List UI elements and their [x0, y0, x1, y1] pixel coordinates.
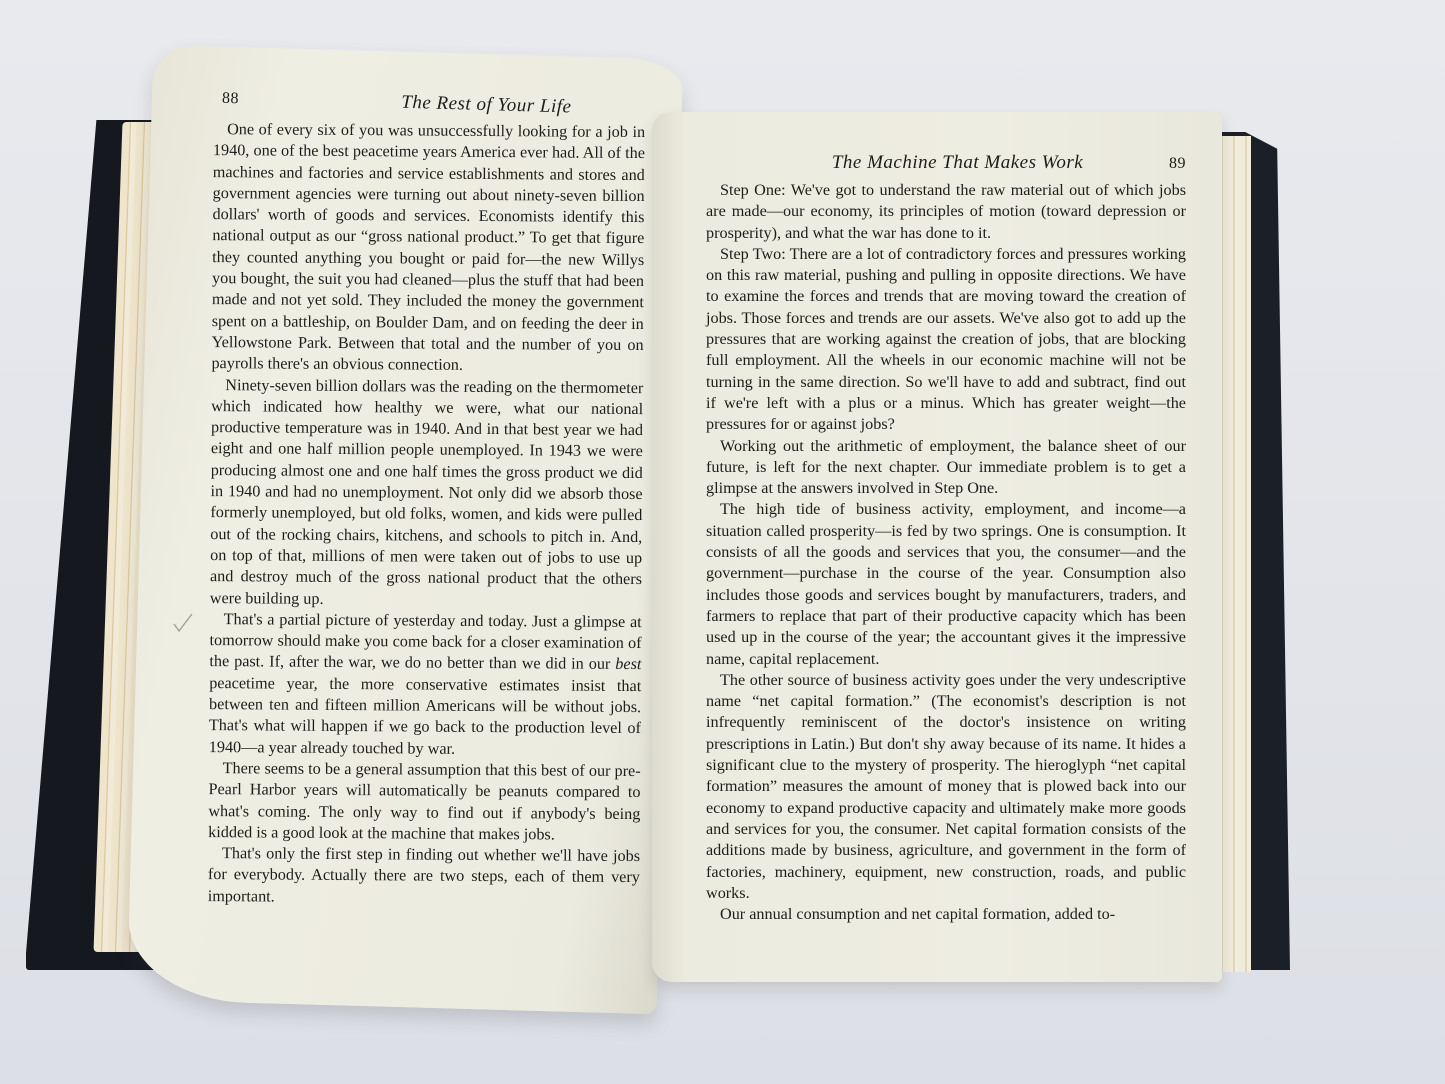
paragraph: Step Two: There are a lot of contradicto… — [706, 244, 1186, 436]
paragraph: Working out the arithmetic of employment… — [706, 436, 1186, 500]
book-photo: 88 The Rest of Your Life One of every si… — [0, 0, 1445, 1084]
right-running-head: The Machine That Makes Work 89 — [706, 152, 1186, 174]
right-page: The Machine That Makes Work 89 Step One:… — [652, 112, 1222, 982]
left-page-number: 88 — [222, 90, 239, 108]
pencil-checkmark-icon — [172, 612, 194, 634]
paragraph: Step One: We've got to understand the ra… — [706, 180, 1186, 244]
left-running-head: 88 The Rest of Your Life — [222, 87, 654, 121]
left-page: 88 The Rest of Your Life One of every si… — [127, 45, 683, 1014]
left-running-title: The Rest of Your Life — [319, 89, 654, 120]
paragraph: The high tide of business activity, empl… — [706, 499, 1186, 669]
paragraph: Ninety-seven billion dollars was the rea… — [210, 375, 644, 612]
paragraph: That's a partial picture of yesterday an… — [209, 609, 642, 761]
paragraph: One of every six of you was unsuccessful… — [211, 119, 645, 378]
left-page-text: One of every six of you was unsuccessful… — [208, 119, 645, 910]
paragraph: That's only the first step in finding ou… — [208, 843, 640, 910]
right-running-title: The Machine That Makes Work — [746, 152, 1169, 174]
italic-emphasis: best — [615, 655, 641, 673]
paragraph: The other source of business activity go… — [706, 670, 1186, 904]
right-page-text: Step One: We've got to understand the ra… — [706, 180, 1186, 925]
paragraph: Our annual consumption and net capital f… — [706, 904, 1186, 925]
right-page-number: 89 — [1169, 155, 1186, 173]
paragraph: There seems to be a general assumption t… — [208, 758, 641, 846]
